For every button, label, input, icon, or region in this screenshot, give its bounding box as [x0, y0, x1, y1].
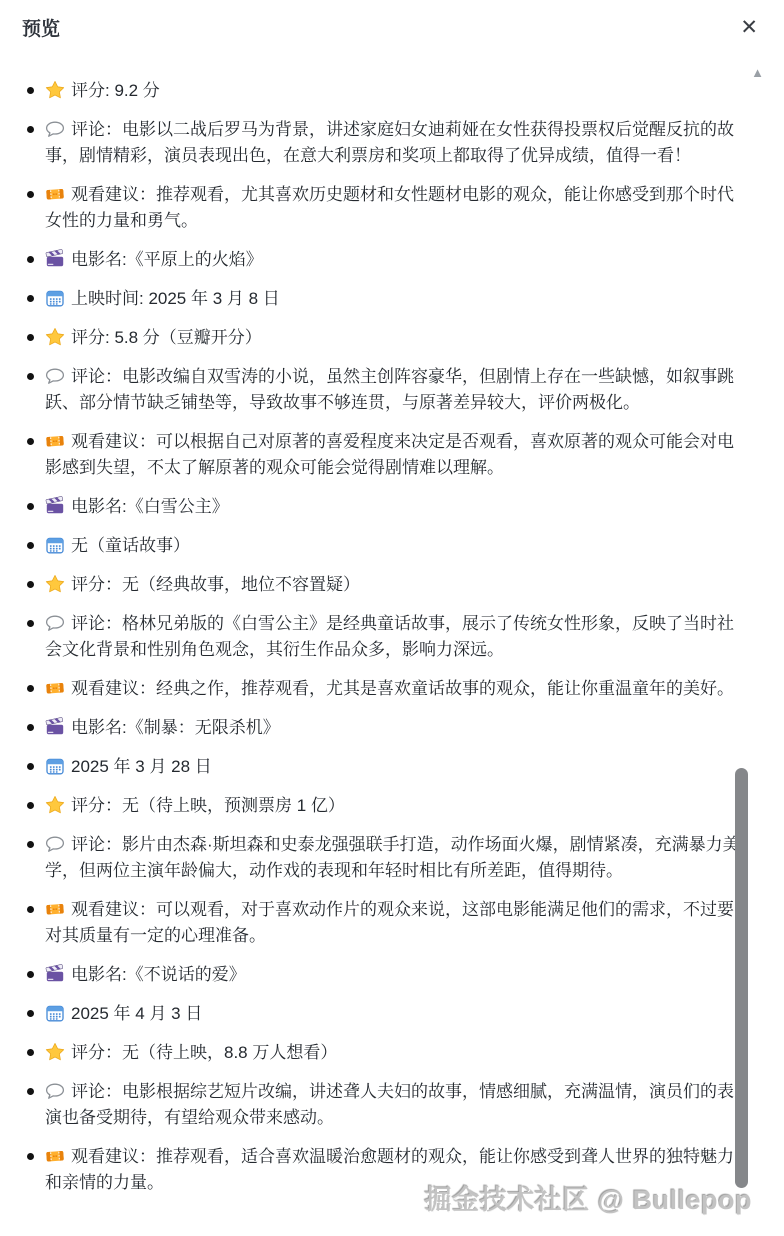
- list-item: 评论：电影改编自双雪涛的小说，虽然主创阵容豪华，但剧情上存在一些缺憾，如叙事跳跃…: [20, 364, 742, 416]
- list-item: 评分：无（待上映，预测票房 1 亿）: [20, 793, 742, 819]
- list-item: 评分：无（经典故事，地位不容置疑）: [20, 572, 742, 598]
- item-text: 观看建议：推荐观看，尤其喜欢历史题材和女性题材电影的观众，能让你感受到那个时代女…: [45, 185, 734, 230]
- list-item: 观看建议：可以根据自己对原著的喜爱程度来决定是否观看，喜欢原著的观众可能会对电影…: [20, 429, 742, 481]
- list-item: 电影名:《制暴：无限杀机》: [20, 715, 742, 741]
- panel-header: 预览 ✕: [0, 0, 784, 42]
- item-text: 上映时间: 2025 年 3 月 8 日: [71, 289, 280, 308]
- star-icon: [45, 795, 65, 815]
- calendar-icon: [45, 535, 65, 555]
- item-text: 评分: 9.2 分: [71, 81, 160, 100]
- list-item: 上映时间: 2025 年 3 月 8 日: [20, 286, 742, 312]
- comment-icon: [45, 119, 65, 139]
- item-text: 评分: 5.8 分（豆瓣开分）: [71, 328, 262, 347]
- list-item: 评分: 9.2 分: [20, 78, 742, 104]
- item-text: 电影名:《制暴：无限杀机》: [71, 718, 280, 737]
- item-text: 评分：无（待上映，8.8 万人想看）: [71, 1043, 337, 1062]
- preview-panel: { "header": { "title": "预览", "close_icon…: [0, 0, 784, 1236]
- calendar-icon: [45, 288, 65, 308]
- comment-icon: [45, 1081, 65, 1101]
- item-text: 观看建议：推荐观看，适合喜欢温暖治愈题材的观众，能让你感受到聋人世界的独特魅力和…: [45, 1147, 734, 1192]
- star-icon: [45, 574, 65, 594]
- item-text: 电影名:《平原上的火焰》: [71, 250, 263, 269]
- comment-icon: [45, 366, 65, 386]
- list-item: 评分：无（待上映，8.8 万人想看）: [20, 1040, 742, 1066]
- calendar-icon: [45, 1003, 65, 1023]
- list-item: 评分: 5.8 分（豆瓣开分）: [20, 325, 742, 351]
- list-item: 2025 年 4 月 3 日: [20, 1001, 742, 1027]
- clapper-icon: [45, 249, 65, 269]
- item-text: 无（童话故事）: [71, 536, 190, 555]
- tickets-icon: [45, 184, 65, 204]
- list-item: 评论：格林兄弟版的《白雪公主》是经典童话故事，展示了传统女性形象，反映了当时社会…: [20, 611, 742, 663]
- item-text: 评分：无（待上映，预测票房 1 亿）: [71, 796, 345, 815]
- list-item: 电影名:《不说话的爱》: [20, 962, 742, 988]
- item-text: 观看建议：经典之作，推荐观看，尤其是喜欢童话故事的观众，能让你重温童年的美好。: [71, 679, 734, 698]
- star-icon: [45, 327, 65, 347]
- item-text: 评论：格林兄弟版的《白雪公主》是经典童话故事，展示了传统女性形象，反映了当时社会…: [45, 614, 734, 659]
- item-text: 电影名:《不说话的爱》: [71, 965, 246, 984]
- list-item: 评论：影片由杰森·斯坦森和史泰龙强强联手打造，动作场面火爆，剧情紧凑，充满暴力美…: [20, 832, 742, 884]
- scrollbar[interactable]: [753, 0, 766, 1236]
- item-text: 评分：无（经典故事，地位不容置疑）: [71, 575, 360, 594]
- clapper-icon: [45, 496, 65, 516]
- list-item: 2025 年 3 月 28 日: [20, 754, 742, 780]
- movie-info-list: 评分: 9.2 分评论：电影以二战后罗马为背景，讲述家庭妇女迪莉娅在女性获得投票…: [20, 78, 742, 1196]
- calendar-icon: [45, 756, 65, 776]
- list-item: 电影名:《平原上的火焰》: [20, 247, 742, 273]
- clapper-icon: [45, 717, 65, 737]
- comment-icon: [45, 613, 65, 633]
- item-text: 2025 年 3 月 28 日: [71, 757, 212, 776]
- item-text: 评论：电影以二战后罗马为背景，讲述家庭妇女迪莉娅在女性获得投票权后觉醒反抗的故事…: [45, 120, 734, 165]
- item-text: 评论：电影根据综艺短片改编，讲述聋人夫妇的故事，情感细腻，充满温情，演员们的表演…: [45, 1082, 734, 1127]
- list-item: 评论：电影根据综艺短片改编，讲述聋人夫妇的故事，情感细腻，充满温情，演员们的表演…: [20, 1079, 742, 1131]
- preview-content: 评分: 9.2 分评论：电影以二战后罗马为背景，讲述家庭妇女迪莉娅在女性获得投票…: [0, 42, 784, 1196]
- list-item: 观看建议：推荐观看，尤其喜欢历史题材和女性题材电影的观众，能让你感受到那个时代女…: [20, 182, 742, 234]
- comment-icon: [45, 834, 65, 854]
- tickets-icon: [45, 899, 65, 919]
- tickets-icon: [45, 678, 65, 698]
- tickets-icon: [45, 431, 65, 451]
- list-item: 观看建议：推荐观看，适合喜欢温暖治愈题材的观众，能让你感受到聋人世界的独特魅力和…: [20, 1144, 742, 1196]
- list-item: 评论：电影以二战后罗马为背景，讲述家庭妇女迪莉娅在女性获得投票权后觉醒反抗的故事…: [20, 117, 742, 169]
- item-text: 观看建议：可以根据自己对原著的喜爱程度来决定是否观看，喜欢原著的观众可能会对电影…: [45, 432, 734, 477]
- item-text: 电影名:《白雪公主》: [71, 497, 229, 516]
- scrollbar-thumb[interactable]: [735, 768, 748, 1188]
- item-text: 评论：影片由杰森·斯坦森和史泰龙强强联手打造，动作场面火爆，剧情紧凑，充满暴力美…: [45, 835, 740, 880]
- tickets-icon: [45, 1146, 65, 1166]
- page-title: 预览: [22, 18, 60, 42]
- list-item: 观看建议：经典之作，推荐观看，尤其是喜欢童话故事的观众，能让你重温童年的美好。: [20, 676, 742, 702]
- item-text: 2025 年 4 月 3 日: [71, 1004, 202, 1023]
- clapper-icon: [45, 964, 65, 984]
- item-text: 观看建议：可以观看，对于喜欢动作片的观众来说，这部电影能满足他们的需求，不过要对…: [45, 900, 734, 945]
- list-item: 电影名:《白雪公主》: [20, 494, 742, 520]
- star-icon: [45, 80, 65, 100]
- item-text: 评论：电影改编自双雪涛的小说，虽然主创阵容豪华，但剧情上存在一些缺憾，如叙事跳跃…: [45, 367, 734, 412]
- list-item: 观看建议：可以观看，对于喜欢动作片的观众来说，这部电影能满足他们的需求，不过要对…: [20, 897, 742, 949]
- star-icon: [45, 1042, 65, 1062]
- list-item: 无（童话故事）: [20, 533, 742, 559]
